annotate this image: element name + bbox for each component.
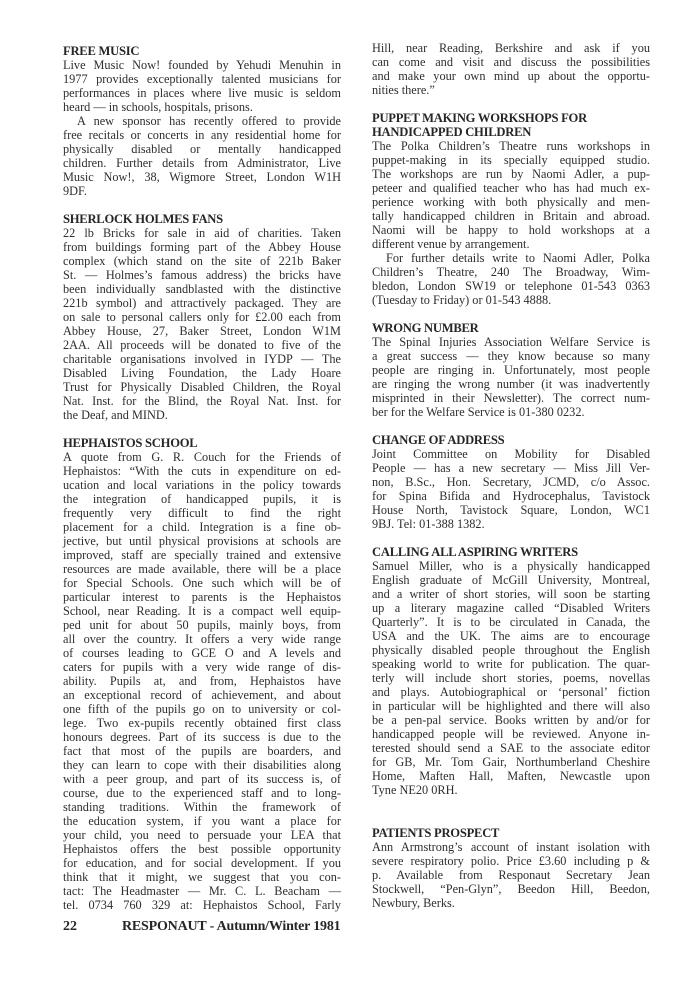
text-line: speaking world to write for publication.… xyxy=(372,657,650,671)
text-line: Music Now!, 38, Wigmore Street, London W… xyxy=(63,170,341,184)
paragraph: For further details write to Naomi Adler… xyxy=(372,251,650,307)
article-patients-prospect: PATIENTS PROSPECT Ann Armstrong’s accoun… xyxy=(372,826,650,910)
text-line: handicapped people will be reviewed. Any… xyxy=(372,727,650,741)
text-line: Stockwell, “Pen-Glyn”, Beedon Hill, Beed… xyxy=(372,882,650,896)
text-line: Hill, near Reading, Berkshire and ask if… xyxy=(372,41,650,55)
text-line: on sale to personal callers only for £2.… xyxy=(63,310,341,324)
text-line: standing traditions. Within the framewor… xyxy=(63,800,341,814)
text-line: ber for the Welfare Service is 01-380 02… xyxy=(372,405,650,419)
text-line: charitable organisations involved in IYD… xyxy=(63,352,341,366)
text-line: for GB, Mr. Tom Gair, Northumberland Che… xyxy=(372,755,650,769)
article-heading: CHANGE OF ADDRESS xyxy=(372,433,650,447)
text-line: and make your own mind up about the oppo… xyxy=(372,69,650,83)
text-line: performances in places where live music … xyxy=(63,86,341,100)
text-line: non, B.Sc., Hon. Secretary, JCMD, c/o As… xyxy=(372,475,650,489)
text-line: complex (which stand on the site of 221b… xyxy=(63,254,341,268)
text-line: frequently very difficult to find the ri… xyxy=(63,506,341,520)
text-line: honours degrees. Part of its success is … xyxy=(63,730,341,744)
text-line: USA and the UK. The aims are to encourag… xyxy=(372,629,650,643)
text-line: placement for a child. Integration is a … xyxy=(63,520,341,534)
text-line: an exceptional record of achievement, an… xyxy=(63,688,341,702)
publication-title: RESPONAUT - Autumn/Winter 1981 xyxy=(122,919,340,935)
text-line: Home, Maften Hall, Maften, Newcastle upo… xyxy=(372,769,650,783)
text-line: Live Music Now! founded by Yehudi Menuhi… xyxy=(63,58,341,72)
article-hephaistos-continued: Hill, near Reading, Berkshire and ask if… xyxy=(372,41,650,97)
text-line: nities there.” xyxy=(372,83,650,97)
text-line: and a writer of short stories, will soon… xyxy=(372,587,650,601)
text-line: Naomi will be happy to hold workshops at… xyxy=(372,223,650,237)
text-line: ability. Pupils at, and from, Hephaistos… xyxy=(63,674,341,688)
text-line: People — has a new secretary — Miss Jill… xyxy=(372,461,650,475)
text-line: For further details write to Naomi Adler… xyxy=(372,251,650,265)
article-heading: HEPHAISTOS SCHOOL xyxy=(63,436,341,450)
text-line: and plays. Autobiographical or ‘personal… xyxy=(372,685,650,699)
article-heading: FREE MUSIC xyxy=(63,44,341,58)
text-line: up a literary magazine called “Disabled … xyxy=(372,601,650,615)
text-line: different venue by arrangement. xyxy=(372,237,650,251)
paragraph: Samuel Miller, who is a physically handi… xyxy=(372,559,650,797)
text-line: 9DF. xyxy=(63,184,341,198)
text-line: tally handicapped children in Britain an… xyxy=(372,209,650,223)
text-line: Tyne NE20 0RH. xyxy=(372,783,650,797)
text-line: severe respiratory polio. Price £3.60 in… xyxy=(372,854,650,868)
paragraph: The Polka Children’s Theatre runs worksh… xyxy=(372,139,650,251)
text-line: Newbury, Berks. xyxy=(372,896,650,910)
article-wrong-number: WRONG NUMBER The Spinal Injuries Associa… xyxy=(372,321,650,419)
text-line: jective, but until physical provisions a… xyxy=(63,534,341,548)
text-line: 22 lb Bricks for sale in aid of charitie… xyxy=(63,226,341,240)
text-line: St. — Holmes’s famous address) the brick… xyxy=(63,268,341,282)
article-heading: HANDICAPPED CHILDREN xyxy=(372,125,650,139)
article-heading: WRONG NUMBER xyxy=(372,321,650,335)
text-line: House North, Tavistock Square, London, W… xyxy=(372,503,650,517)
text-line: people are ringing in. Unfortunately, mo… xyxy=(372,363,650,377)
text-line: your child, you need to persuade your LE… xyxy=(63,828,341,842)
text-line: tact: The Headmaster — Mr. C. L. Beacham… xyxy=(63,884,341,898)
text-line: School, near Reading. It is a compact we… xyxy=(63,604,341,618)
text-line: particular interest to parents is the He… xyxy=(63,590,341,604)
text-line: lege. Two ex-pupils recently obtained fi… xyxy=(63,716,341,730)
article-heading: CALLING ALL ASPIRING WRITERS xyxy=(372,545,650,559)
text-line: Hephaistos offers the best possible oppo… xyxy=(63,842,341,856)
paragraph: Joint Committee on Mobility for Disabled… xyxy=(372,447,650,531)
left-column: FREE MUSIC Live Music Now! founded by Ye… xyxy=(63,44,341,912)
text-line: heard — in schools, hospitals, prisons. xyxy=(63,100,341,114)
text-line: of courses leading to GCE O and A levels… xyxy=(63,646,341,660)
text-line: Quarterly”. It is to be circulated in Ca… xyxy=(372,615,650,629)
text-line: Children’s Theatre, 240 The Broadway, Wi… xyxy=(372,265,650,279)
article-calling-aspiring-writers: CALLING ALL ASPIRING WRITERS Samuel Mill… xyxy=(372,545,650,797)
article-sherlock-holmes-fans: SHERLOCK HOLMES FANS 22 lb Bricks for sa… xyxy=(63,212,341,422)
text-line: free recitals or concerts in any residen… xyxy=(63,128,341,142)
text-line: with a peer group, and part of its succe… xyxy=(63,772,341,786)
text-line: caters for pupils with a very wide range… xyxy=(63,660,341,674)
text-line: The workshops are run by Naomi Adler, a … xyxy=(372,167,650,181)
text-line: for education, and for social developmen… xyxy=(63,856,341,870)
paragraph: Hill, near Reading, Berkshire and ask if… xyxy=(372,41,650,97)
text-line: The Spinal Injuries Association Welfare … xyxy=(372,335,650,349)
text-line: can come and visit and discuss the possi… xyxy=(372,55,650,69)
paragraph: 22 lb Bricks for sale in aid of charitie… xyxy=(63,226,341,422)
text-line: Abbey House, 27, Baker Street, London W1… xyxy=(63,324,341,338)
paragraph: Ann Armstrong’s account of instant isola… xyxy=(372,840,650,910)
text-line: children. Further details from Administr… xyxy=(63,156,341,170)
text-line: Disabled Living Foundation, the Lady Hoa… xyxy=(63,366,341,380)
text-line: they can learn to cope with their disabi… xyxy=(63,758,341,772)
text-line: improved, staff are specially trained an… xyxy=(63,548,341,562)
text-line: Joint Committee on Mobility for Disabled xyxy=(372,447,650,461)
article-heading: PUPPET MAKING WORKSHOPS FOR xyxy=(372,111,650,125)
text-line: fact that most of the pupils are boarder… xyxy=(63,744,341,758)
paragraph: Live Music Now! founded by Yehudi Menuhi… xyxy=(63,58,341,114)
text-line: A new sponsor has recently offered to pr… xyxy=(63,114,341,128)
text-line: one fifth of the pupils go on to univers… xyxy=(63,702,341,716)
text-line: think that it might, we suggest that you… xyxy=(63,870,341,884)
text-line: a great success — they know because so m… xyxy=(372,349,650,363)
text-line: physically disabled people throughout th… xyxy=(372,643,650,657)
text-line: Nat. Inst. for the Blind, the Royal Nat.… xyxy=(63,394,341,408)
text-line: be a pen-pal service. Books written by a… xyxy=(372,713,650,727)
text-line: are ringing the wrong number (it was ina… xyxy=(372,377,650,391)
text-line: English graduate of McGill University, M… xyxy=(372,573,650,587)
text-line: for Special Schools. One such which will… xyxy=(63,576,341,590)
text-line: The Polka Children’s Theatre runs worksh… xyxy=(372,139,650,153)
text-line: misprinted in their Newsletter). The cor… xyxy=(372,391,650,405)
article-heading: SHERLOCK HOLMES FANS xyxy=(63,212,341,226)
text-line: been individually sandblasted with the d… xyxy=(63,282,341,296)
text-line: puppet-making in its specially equipped … xyxy=(372,153,650,167)
article-hephaistos-school: HEPHAISTOS SCHOOL A quote from G. R. Cou… xyxy=(63,436,341,912)
text-line: bledon, London SW19 or telephone 01-543 … xyxy=(372,279,650,293)
page-number: 22 xyxy=(63,919,77,935)
text-line: A quote from G. R. Couch for the Friends… xyxy=(63,450,341,464)
right-column: Hill, near Reading, Berkshire and ask if… xyxy=(372,41,650,910)
text-line: the integration of handicapped pupils, i… xyxy=(63,492,341,506)
text-line: ucation and local variations in the poli… xyxy=(63,478,341,492)
text-line: terested should send a SAE to the associ… xyxy=(372,741,650,755)
text-line: terly will include short stories, poems,… xyxy=(372,671,650,685)
paragraph: A quote from G. R. Couch for the Friends… xyxy=(63,450,341,912)
text-line: 9BJ. Tel: 01-388 1382. xyxy=(372,517,650,531)
text-line: from buildings forming part of the Abbey… xyxy=(63,240,341,254)
text-line: 2AA. All proceeds will be donated to fiv… xyxy=(63,338,341,352)
paragraph: The Spinal Injuries Association Welfare … xyxy=(372,335,650,419)
paragraph: A new sponsor has recently offered to pr… xyxy=(63,114,341,198)
magazine-page: FREE MUSIC Live Music Now! founded by Ye… xyxy=(0,0,690,990)
article-heading: PATIENTS PROSPECT xyxy=(372,826,650,840)
text-line: 221b symbol) and attractively packaged. … xyxy=(63,296,341,310)
text-line: perience working with both physically an… xyxy=(372,195,650,209)
text-line: Hephaistos: “With the cuts in expenditur… xyxy=(63,464,341,478)
text-line: tel. 0734 760 329 at: Hephaistos School,… xyxy=(63,898,341,912)
article-puppet-making-workshops: PUPPET MAKING WORKSHOPS FOR HANDICAPPED … xyxy=(372,111,650,307)
text-line: Samuel Miller, who is a physically handi… xyxy=(372,559,650,573)
article-change-of-address: CHANGE OF ADDRESS Joint Committee on Mob… xyxy=(372,433,650,531)
text-line: the education system, if you want a plac… xyxy=(63,814,341,828)
text-line: in particular will be highlighted and th… xyxy=(372,699,650,713)
text-line: peteer and qualified teacher who has had… xyxy=(372,181,650,195)
text-line: the Deaf, and MIND. xyxy=(63,408,341,422)
text-line: all over the country. It offers a very w… xyxy=(63,632,341,646)
text-line: p. Available from Responaut Secretary Je… xyxy=(372,868,650,882)
article-free-music: FREE MUSIC Live Music Now! founded by Ye… xyxy=(63,44,341,198)
text-line: resources are made available, there will… xyxy=(63,562,341,576)
text-line: (Tuesday to Friday) or 01-543 4888. xyxy=(372,293,650,307)
text-line: for Spina Bifida and Hydrocephalus, Tavi… xyxy=(372,489,650,503)
text-line: ped unit for about 50 pupils, mainly boy… xyxy=(63,618,341,632)
text-line: Trust for Physically Disabled Children, … xyxy=(63,380,341,394)
text-line: course, due to the experienced staff and… xyxy=(63,786,341,800)
text-line: 1977 provides exceptionally talented mus… xyxy=(63,72,341,86)
text-line: Ann Armstrong’s account of instant isola… xyxy=(372,840,650,854)
text-line: physically disabled or mentally handicap… xyxy=(63,142,341,156)
